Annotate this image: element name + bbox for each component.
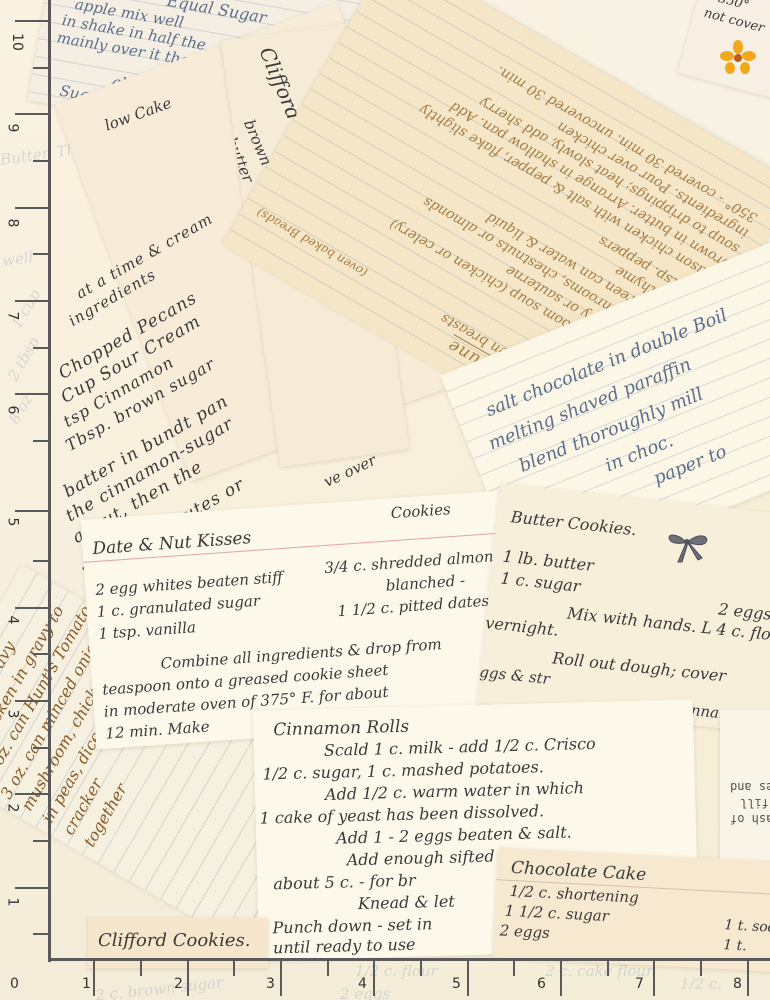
card-line: 2 eggs [499, 921, 550, 942]
ruler-tick [467, 958, 469, 996]
ruler-tick [15, 20, 50, 22]
ingredient: 1 tsp. vanilla [98, 618, 197, 643]
ruler-label: 10 [9, 33, 25, 51]
ruler-label: 5 [4, 518, 20, 527]
ruler-tick [420, 958, 422, 976]
ruler-label: 1 [82, 976, 91, 992]
flower-icon [718, 38, 758, 78]
card-line: Mix with hands. L [566, 604, 713, 638]
card-category: Cookies [390, 500, 451, 522]
card-title: Cinnamon Rolls [273, 717, 409, 741]
card-title: Clifford Cookies. [98, 930, 250, 951]
ruler-label: 1 [4, 898, 20, 907]
ruler-tick [747, 958, 749, 996]
ingredient: blanched - [385, 571, 465, 594]
bow-icon [664, 530, 712, 566]
ruler-label: 0 [10, 976, 19, 992]
card-line: Add 1 - 2 eggs beaten & salt. [336, 822, 572, 847]
card-line: 4 c. flour [715, 619, 770, 645]
card-line: a dash of [730, 812, 770, 826]
ruler-tick [33, 67, 50, 69]
card-line: until ready to use [273, 935, 416, 958]
ingredient: 3/4 c. shredded almonds [324, 546, 511, 577]
ruler-tick [653, 958, 655, 996]
ruler-label: 9 [4, 124, 20, 133]
ruler-label: 8 [4, 219, 20, 228]
ruler-tick [33, 160, 50, 162]
ruler-tick [15, 393, 50, 395]
ruler-tick [700, 958, 702, 976]
ingredient: 1 1/2 c. pitted dates [337, 592, 490, 621]
ruler-label: 2 [174, 976, 183, 992]
ruler-tick [15, 207, 50, 209]
ruler-tick [327, 958, 329, 976]
ruler-label: 4 [358, 976, 367, 992]
ruler-tick [33, 253, 50, 255]
ruler-tick [373, 958, 375, 996]
ruler-tick [15, 510, 50, 512]
ruler-tick [33, 440, 50, 442]
ruler-label: 6 [537, 976, 546, 992]
recipe-card-chocolate-cake: Chocolate Cake 1/2 c. shortening 1 1/2 c… [492, 847, 770, 973]
card-line: about 5 c. - for br [273, 871, 416, 894]
card-line: 1 t. soda [724, 917, 770, 936]
card-line: eggs & str [477, 662, 550, 688]
ruler-tick [33, 560, 50, 562]
ruler-tick [560, 958, 562, 996]
ruler-tick [33, 933, 50, 935]
card-line: 1 t. [723, 937, 747, 954]
ruler-tick [187, 958, 189, 996]
ruler-edge [48, 958, 770, 961]
ruler-tick [33, 747, 50, 749]
recipe-card-right-edge: whites and fill a dash of [720, 710, 770, 870]
ruler-label: 5 [452, 976, 461, 992]
ruler-tick [15, 793, 50, 795]
card-line: (oven baked Breads) [254, 205, 370, 280]
card-title: Butter Cookies. [510, 507, 638, 539]
ruler-label: 6 [4, 406, 20, 415]
ruler-label: 7 [635, 976, 644, 992]
card-line: low Cake [102, 94, 174, 135]
ruler-edge [48, 0, 51, 962]
ruler-label: 7 [4, 312, 20, 321]
card-line: Roll out dough; cover [551, 648, 726, 685]
ruler-tick [607, 958, 609, 976]
ruler-tick [15, 607, 50, 609]
card-line: Knead & let [358, 892, 455, 914]
card-line: fill [740, 796, 769, 810]
ruler-tick [33, 653, 50, 655]
ruler-tick [513, 958, 515, 976]
ruler-label: 4 [4, 616, 20, 625]
direction: 12 min. Make [105, 717, 210, 742]
ruler-tick [15, 113, 50, 115]
ruler-tick [233, 958, 235, 976]
horizontal-ruler: 0 1 2 3 4 5 6 7 8 [0, 958, 770, 1000]
ruler-tick [15, 887, 50, 889]
card-title: Date & Nut Kisses [92, 528, 252, 559]
ruler-label: 2 [4, 804, 20, 813]
ruler-tick [15, 700, 50, 702]
card-line: whites and [730, 780, 770, 794]
ruler-tick [140, 958, 142, 976]
ruler-tick [280, 958, 282, 996]
ruler-label: 3 [266, 976, 275, 992]
recipe-card-butter-cookies: Butter Cookies. 1 lb. butter 1 c. sugar … [477, 484, 770, 736]
card-line: Add 1/2 c. warm water in which [325, 778, 584, 804]
ruler-tick [15, 300, 50, 302]
card-line: overnight. [477, 612, 559, 640]
ruler-tick [33, 347, 50, 349]
ruler-label: 3 [4, 710, 20, 719]
ruler-tick [93, 958, 95, 996]
ruler-tick [33, 840, 50, 842]
vertical-ruler: 10 9 8 7 6 5 4 3 2 1 [0, 0, 50, 960]
ruler-label: 8 [733, 976, 742, 992]
